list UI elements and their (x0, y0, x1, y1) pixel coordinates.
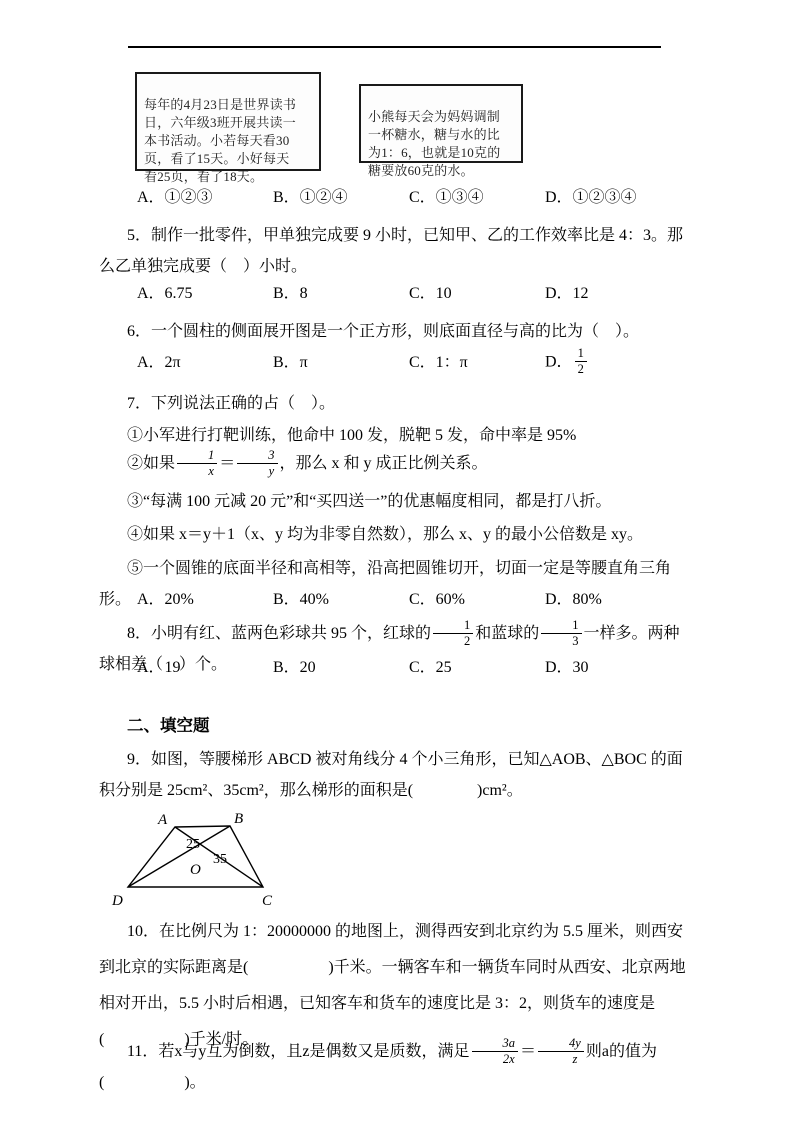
q5-text: 5．制作一批零件，甲单独完成要 9 小时，已知甲、乙的工作效率比是 4：3。那么… (99, 220, 695, 282)
area-label-aob: 25 (186, 837, 200, 852)
q5-option-b: B．8 (273, 282, 409, 306)
q8-fraction-2: 13 (541, 619, 581, 648)
q4-option-b: B．①②④ (273, 186, 409, 210)
q7-option-d: D．80% (545, 588, 602, 612)
q6-options-row: A．2πB．πC．1：πD．12 (99, 348, 695, 377)
sugar-water-text: 小熊每天会为妈妈调制 一杯糖水，糖与水的比 为1：6，也就是10克的 糖要放60… (368, 109, 500, 178)
q5-option-c: C．10 (409, 282, 545, 306)
q11-fraction-2: 4yz (538, 1037, 584, 1066)
top-divider (128, 46, 661, 48)
q7-statement-3: ③“每满 100 元减 20 元”和“买四送一”的优惠幅度相同，都是打八折。 (99, 486, 695, 517)
section-heading-fill-in: 二、填空题 (99, 712, 695, 736)
q7-s2-fraction-2: 3y (237, 449, 277, 478)
q5-option-d: D．12 (545, 282, 589, 306)
q8-option-b: B．20 (273, 656, 409, 680)
q7-option-a: A．20% (137, 588, 273, 612)
q11-equals: ＝ (520, 1043, 536, 1060)
q7-s2-fraction-1: 1x (177, 449, 217, 478)
q5-option-a: A．6.75 (137, 282, 273, 306)
q4-option-a: A．①②③ (137, 186, 273, 210)
q7-s2-equals: ＝ (219, 455, 235, 472)
q6-option-a: A．2π (137, 351, 273, 375)
q7-options-row: A．20%B．40%C．60%D．80% (99, 588, 695, 612)
q8-option-a: A．19 (137, 656, 273, 680)
q8-options-row: A．19B．20C．25D．30 (99, 656, 695, 680)
q8-option-c: C．25 (409, 656, 545, 680)
q6-option-d: D．12 (545, 348, 589, 377)
q8-lead: 8．小明有红、蓝两色彩球共 95 个，红球的 (127, 625, 431, 642)
q8-fraction-1: 12 (433, 619, 473, 648)
q7-s2-lead: ②如果 (127, 455, 175, 472)
q11-fraction-1: 3a2x (472, 1037, 519, 1066)
q7-option-c: C．60% (409, 588, 545, 612)
q11-lead: 11．若x与y互为倒数，且z是偶数又是质数，满足 (127, 1043, 470, 1060)
reading-problem-text: 每年的4月23日是世界读书 日，六年级3班开展共读一 本书活动。小若每天看30 … (144, 97, 296, 184)
q7-option-b: B．40% (273, 588, 409, 612)
intersection-label-o: O (190, 862, 201, 878)
q4-option-c: C．①③④ (409, 186, 545, 210)
exam-page: 每年的4月23日是世界读书 日，六年级3班开展共读一 本书活动。小若每天看30 … (0, 0, 793, 1122)
q6-option-b: B．π (273, 351, 409, 375)
q9-trapezoid-figure: A B C D O 25 35 (110, 810, 345, 920)
q8-mid: 和蓝球的 (475, 625, 539, 642)
vertex-label-d: D (111, 893, 123, 909)
q6-text: 6．一个圆柱的侧面展开图是一个正方形，则底面直径与高的比为（ ）。 (99, 316, 695, 347)
vertex-label-b: B (234, 811, 243, 827)
sugar-water-box: 小熊每天会为妈妈调制 一杯糖水，糖与水的比 为1：6，也就是10克的 糖要放60… (359, 84, 523, 163)
q9-text: 9．如图，等腰梯形 ABCD 被对角线分 4 个小三角形，已知△AOB、△BOC… (99, 744, 695, 806)
vertex-label-c: C (262, 893, 273, 909)
q5-options-row: A．6.75B．8C．10D．12 (99, 282, 695, 306)
q6-option-d-fraction: 12 (575, 347, 587, 376)
q4-option-d: D．①②③④ (545, 186, 637, 210)
q7-s2-tail: ，那么 x 和 y 成正比例关系。 (280, 455, 488, 472)
q6-option-c: C．1：π (409, 351, 545, 375)
q7-text: 7．下列说法正确的占（ ）。 (99, 388, 695, 419)
q11-text: 11．若x与y互为倒数，且z是偶数又是质数，满足3a2x＝4yz则a的值为( )… (99, 1036, 695, 1098)
q4-options-row: A．①②③B．①②④C．①③④D．①②③④ (99, 186, 695, 210)
q6-option-d-label: D． (545, 353, 573, 370)
reading-problem-box: 每年的4月23日是世界读书 日，六年级3班开展共读一 本书活动。小若每天看30 … (135, 72, 321, 171)
q8-option-d: D．30 (545, 656, 589, 680)
area-label-boc: 35 (213, 852, 227, 867)
q7-statement-1: ①小军进行打靶训练，他命中 100 发，脱靶 5 发，命中率是 95% (99, 420, 695, 451)
vertex-label-a: A (157, 812, 168, 828)
q7-statement-2: ②如果1x＝3y，那么 x 和 y 成正比例关系。 (99, 448, 695, 479)
q7-statement-4: ④如果 x＝y＋1（x、y 均为非零自然数），那么 x、y 的最小公倍数是 xy… (99, 519, 695, 550)
